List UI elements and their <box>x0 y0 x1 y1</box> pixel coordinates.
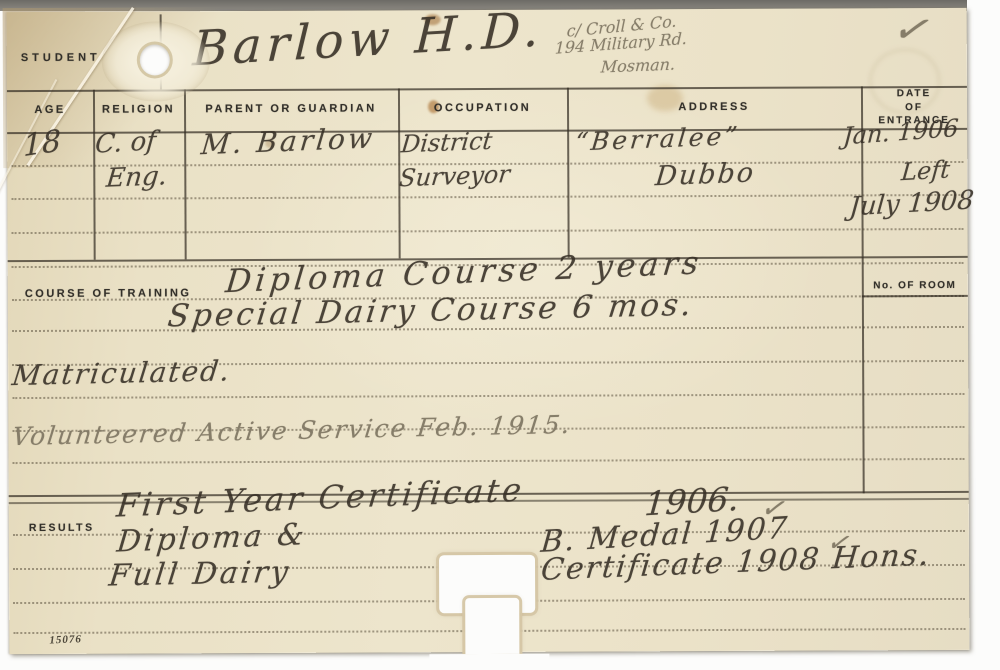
date-entrance-line3: July 1908 <box>848 187 975 220</box>
student-label: STUDENT <box>21 52 101 64</box>
dotted-rule <box>12 228 964 234</box>
column-header-parent: PARENT OR GUARDIAN <box>184 102 398 115</box>
date-entrance-line2: Left <box>900 157 951 184</box>
rule-line <box>862 256 865 493</box>
results-row1-text: First Year Certificate <box>115 474 526 522</box>
column-header-occupation: OCCUPATION <box>398 102 567 115</box>
address-value-line1: “Berralee” <box>574 123 742 155</box>
column-header-address: ADDRESS <box>567 100 861 113</box>
column-header-religion: RELIGION <box>93 103 184 115</box>
bottom-notch-mask <box>429 654 549 670</box>
column-header-date-line1: DATE <box>861 88 967 99</box>
column-header-age: AGE <box>7 104 93 116</box>
dotted-rule <box>13 458 965 464</box>
parent-guardian-value: M. Barlow <box>200 124 377 159</box>
pencil-checkmark-top: ✓ <box>890 8 930 49</box>
dotted-rule <box>11 194 963 200</box>
religion-value-line1: C. of <box>94 128 157 158</box>
matriculated-note: Matriculated. <box>11 357 233 390</box>
address-value-line2: Dubbo <box>654 159 757 190</box>
results-row3-text: Full Dairy <box>107 558 292 592</box>
card-serial-number: 15076 <box>49 633 82 646</box>
care-of-address-line3: Mosman. <box>600 57 675 76</box>
course-of-training-label: COURSE OF TRAINING <box>25 287 192 300</box>
course-line2: Special Dairy Course 6 mos. <box>166 290 696 333</box>
student-record-card: STUDENT AGE RELIGION PARENT OR GUARDIAN … <box>7 8 970 654</box>
age-value: 18 <box>23 126 61 162</box>
results-row2-text: Diploma & <box>115 520 308 558</box>
occupation-value-line1: District <box>400 129 493 157</box>
bottom-notch-slot <box>465 598 519 654</box>
rule-line <box>862 295 968 297</box>
occupation-value-line2: Surveyor <box>398 162 511 190</box>
no-of-room-label: No. OF ROOM <box>862 280 968 291</box>
dotted-rule <box>12 393 964 399</box>
religion-value-line2: Eng. <box>105 163 168 192</box>
results-label: RESULTS <box>29 522 95 534</box>
hole-punch <box>140 44 170 75</box>
date-entrance-line1: Jan. 1906 <box>842 116 959 149</box>
column-header-date-line2: OF <box>861 102 967 113</box>
active-service-note: Volunteered Active Service Feb. 1915. <box>11 412 573 449</box>
student-name-handwriting: Barlow H.D. <box>192 5 545 73</box>
